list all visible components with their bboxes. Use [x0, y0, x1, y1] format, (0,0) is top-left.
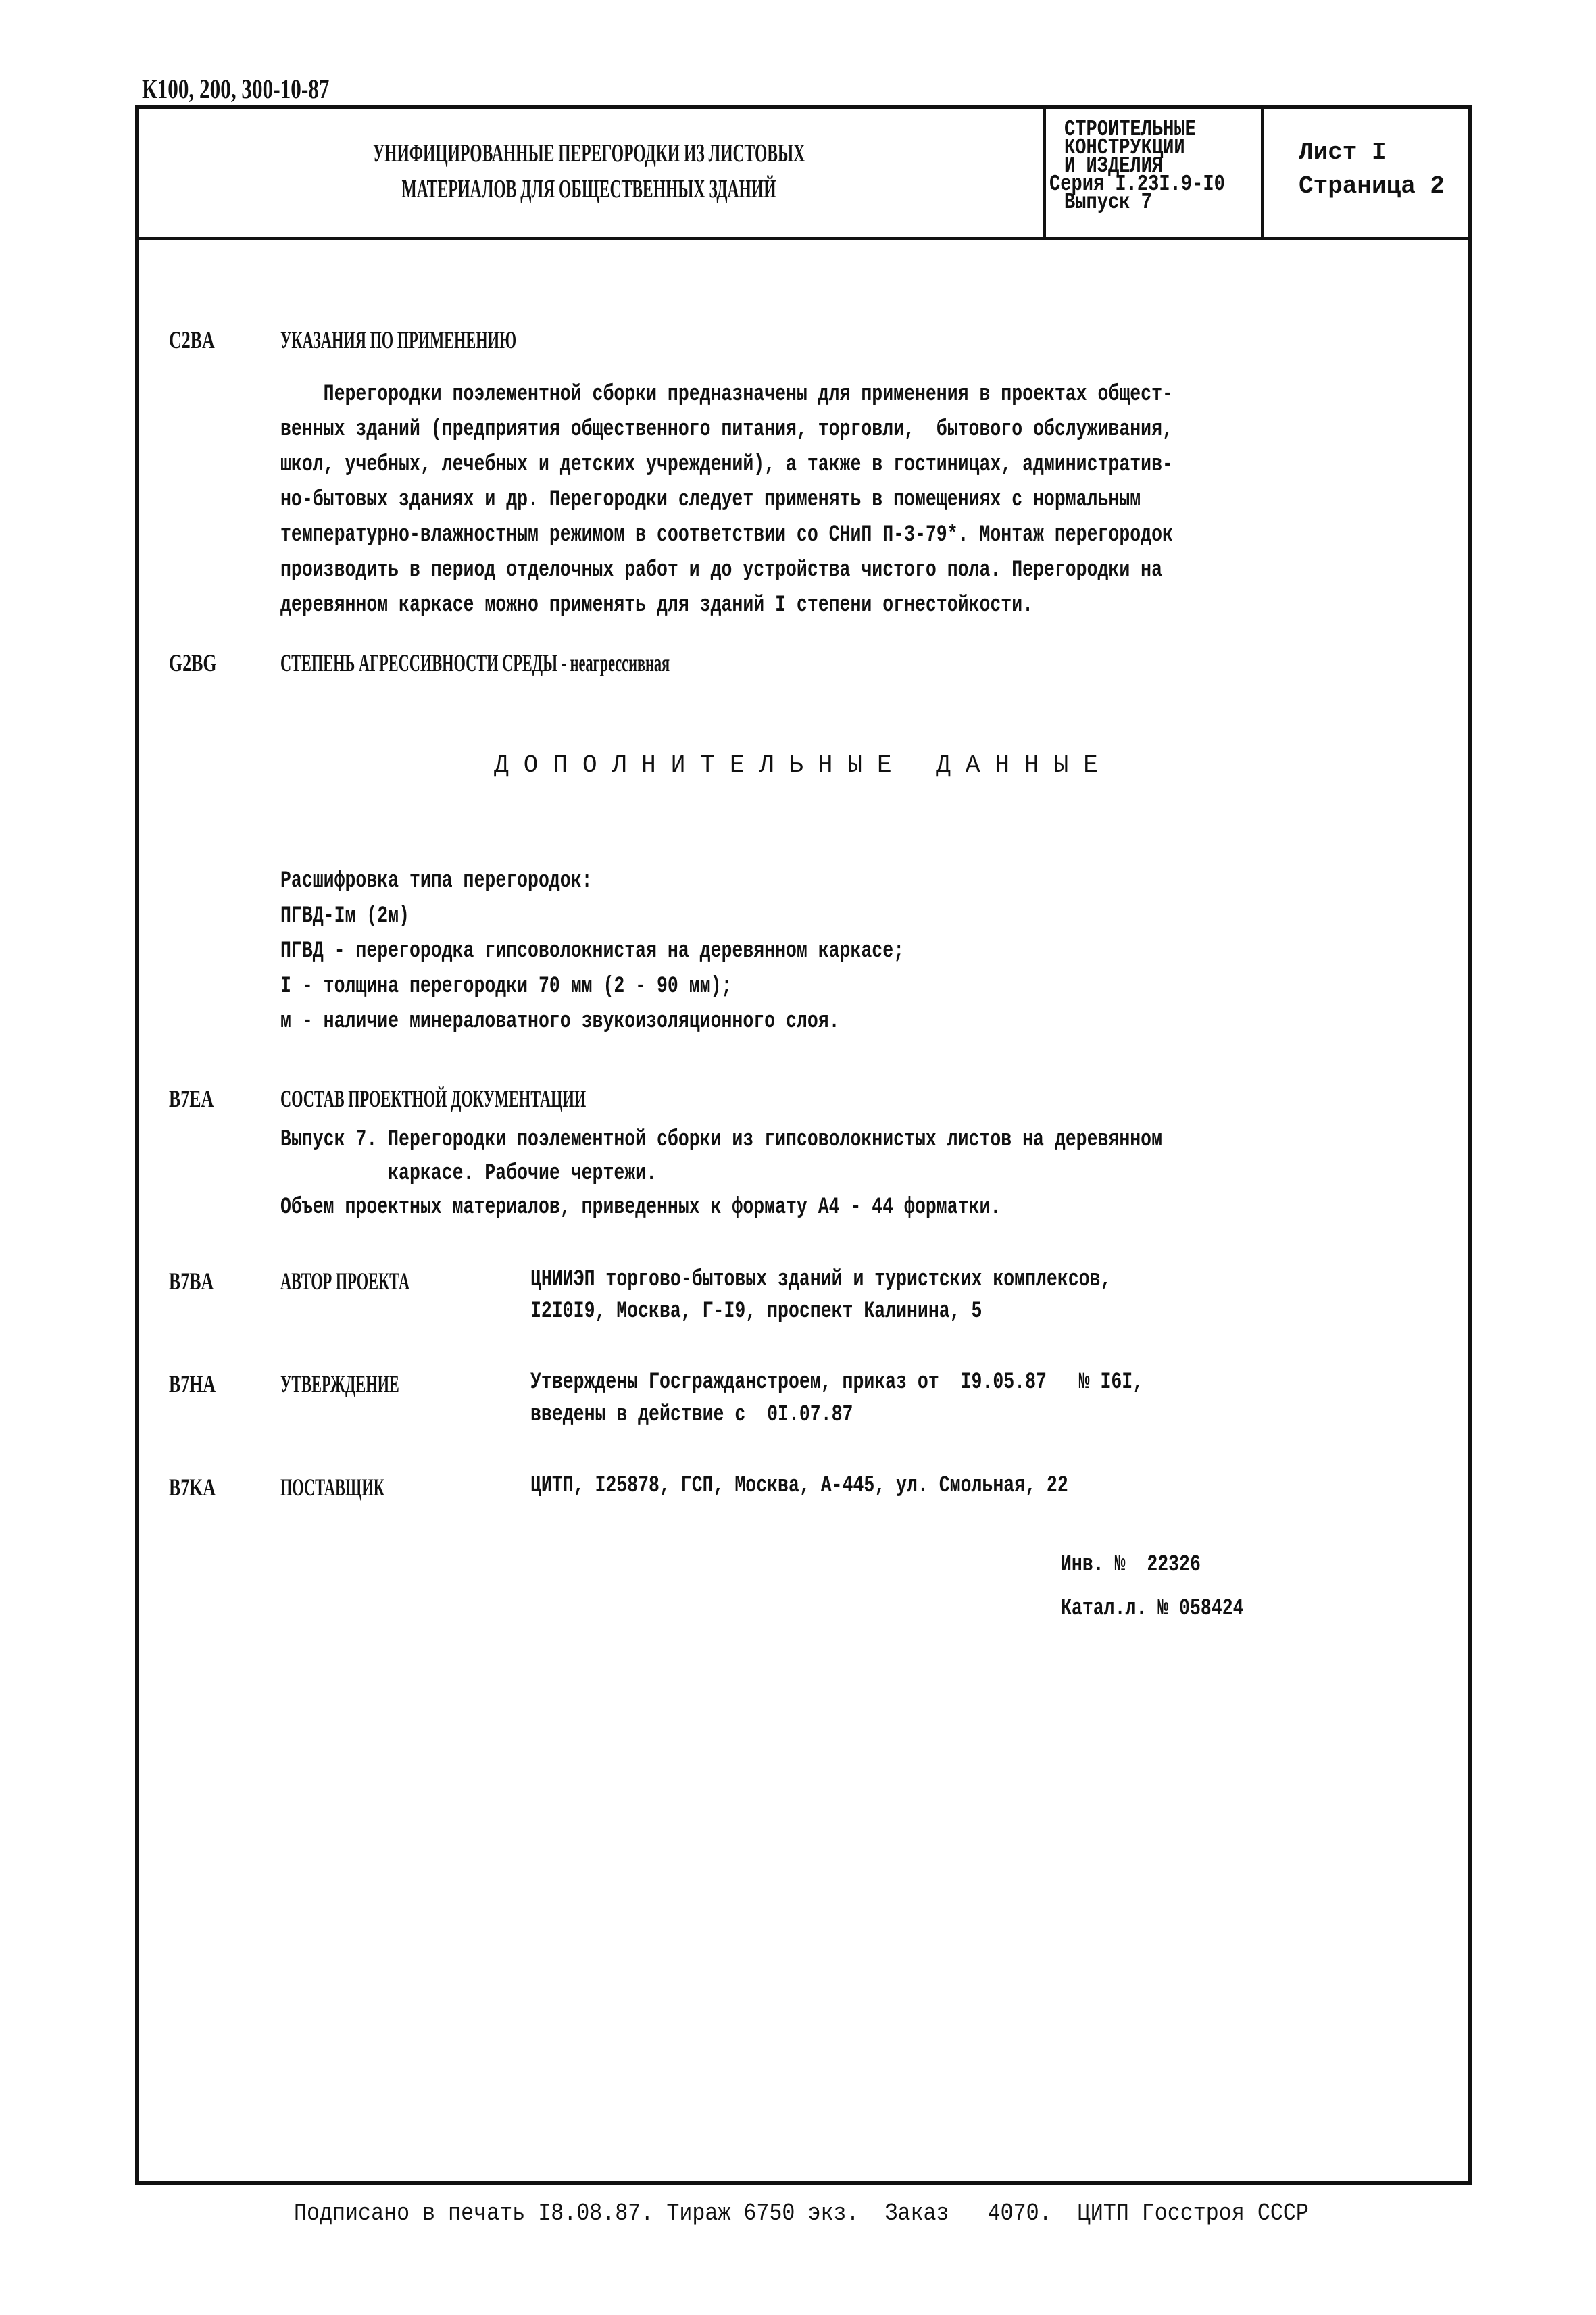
section-code: B7HA: [169, 1370, 216, 1398]
text-line: но-бытовых зданиях и др. Перегородки сле…: [280, 487, 1141, 513]
author-line: I2I0I9, Москва, Г-I9, проспект Калинина,…: [530, 1299, 982, 1324]
text-line: Перегородки поэлементной сборки предназн…: [280, 382, 1173, 407]
header-column-divider: [1043, 105, 1046, 239]
text-line: м - наличие минераловатного звукоизоляци…: [280, 1009, 840, 1035]
approval-line: Утверждены Госгражданстроем, приказ от I…: [530, 1370, 1143, 1395]
print-footer: Подписано в печать I8.08.87. Тираж 6750 …: [294, 2199, 1309, 2227]
issue-number: Выпуск 7: [1064, 193, 1152, 211]
section-label: ПОСТАВЩИК: [280, 1473, 384, 1501]
section-code: B7BA: [169, 1267, 214, 1295]
text-line: венных зданий (предприятия общественного…: [280, 417, 1173, 443]
text-line: I - толщина перегородки 70 мм (2 - 90 мм…: [280, 974, 732, 999]
section-code: G2BG: [169, 649, 217, 677]
text-line: производить в период отделочных работ и …: [280, 557, 1162, 583]
header-divider: [135, 237, 1472, 240]
document-code: К100, 200, 300-10-87: [142, 73, 329, 105]
section-heading: УКАЗАНИЯ ПО ПРИМЕНЕНИЮ: [280, 326, 516, 354]
text-line: каркасе. Рабочие чертежи.: [280, 1161, 657, 1187]
sheet-number: Лист I: [1299, 139, 1387, 166]
document-title-line: МАТЕРИАЛОВ ДЛЯ ОБЩЕСТВЕННЫХ ЗДАНИЙ: [307, 174, 870, 204]
text-line: Расшифровка типа перегородок:: [280, 868, 593, 894]
catalog-number: Катал.л. № 058424: [1061, 1596, 1244, 1622]
document-title-line: УНИФИЦИРОВАННЫЕ ПЕРЕГОРОДКИ ИЗ ЛИСТОВЫХ: [307, 139, 870, 168]
text-line: Выпуск 7. Перегородки поэлементной сборк…: [280, 1127, 1162, 1153]
section-code: C2BA: [169, 326, 215, 354]
text-line: деревянном каркасе можно применять для з…: [280, 593, 1033, 618]
text-line: школ, учебных, лечебных и детских учрежд…: [280, 452, 1173, 478]
text-line: Объем проектных материалов, приведенных …: [280, 1195, 1001, 1220]
author-line: ЦНИИЭП торгово-бытовых зданий и туристск…: [530, 1267, 1111, 1293]
section-code: B7KA: [169, 1473, 216, 1501]
section-label: АВТОР ПРОЕКТА: [280, 1267, 409, 1295]
section-code: B7EA: [169, 1085, 214, 1113]
extra-data-title: ДОПОЛНИТЕЛЬНЫЕ ДАННЫЕ: [135, 751, 1472, 779]
text-line: ПГВД - перегородка гипсоволокнистая на д…: [280, 939, 904, 964]
header-column-divider: [1261, 105, 1264, 239]
page-number: Страница 2: [1299, 172, 1445, 200]
supplier-line: ЦИТП, I25878, ГСП, Москва, А-445, ул. См…: [530, 1473, 1068, 1499]
inventory-number: Инв. № 22326: [1061, 1552, 1201, 1578]
section-heading: СОСТАВ ПРОЕКТНОЙ ДОКУМЕНТАЦИИ: [280, 1085, 586, 1113]
approval-line: введены в действие с 0I.07.87: [530, 1402, 853, 1428]
section-label: УТВЕРЖДЕНИЕ: [280, 1370, 399, 1398]
aggressiveness-text: СТЕПЕНЬ АГРЕССИВНОСТИ СРЕДЫ - неагрессив…: [280, 649, 670, 677]
text-line: ПГВД-Iм (2м): [280, 903, 409, 929]
text-line: температурно-влажностным режимом в соотв…: [280, 522, 1173, 548]
